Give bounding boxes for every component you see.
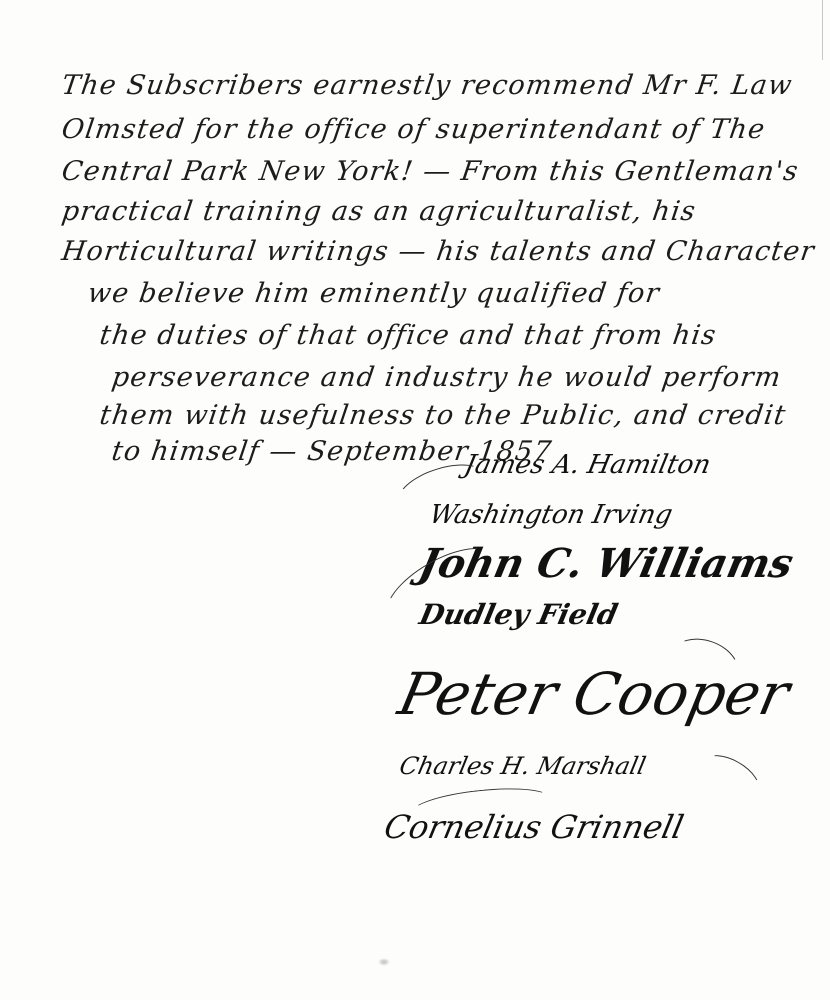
faint-mark <box>378 958 390 966</box>
body-line: The Subscribers earnestly recommend Mr F… <box>60 70 795 101</box>
body-line: Olmsted for the office of superintendant… <box>60 114 768 145</box>
body-line: we believe him eminently qualified for <box>86 278 662 309</box>
body-line: Horticultural writings — his talents and… <box>60 236 817 267</box>
body-line: them with usefulness to the Public, and … <box>98 400 788 431</box>
body-line: the duties of that office and that from … <box>98 320 719 351</box>
signature: James A. Hamilton <box>462 450 714 480</box>
signature: Washington Irving <box>427 500 675 530</box>
body-line: Central Park New York! — From this Gentl… <box>60 156 801 187</box>
page-edge-line <box>822 0 823 60</box>
body-line: practical training as an agriculturalist… <box>60 196 698 227</box>
signature-flourish <box>696 747 766 806</box>
body-line: perseverance and industry he would perfo… <box>110 362 784 393</box>
signature: Charles H. Marshall <box>397 752 648 780</box>
letter-page: The Subscribers earnestly recommend Mr F… <box>0 0 830 1000</box>
